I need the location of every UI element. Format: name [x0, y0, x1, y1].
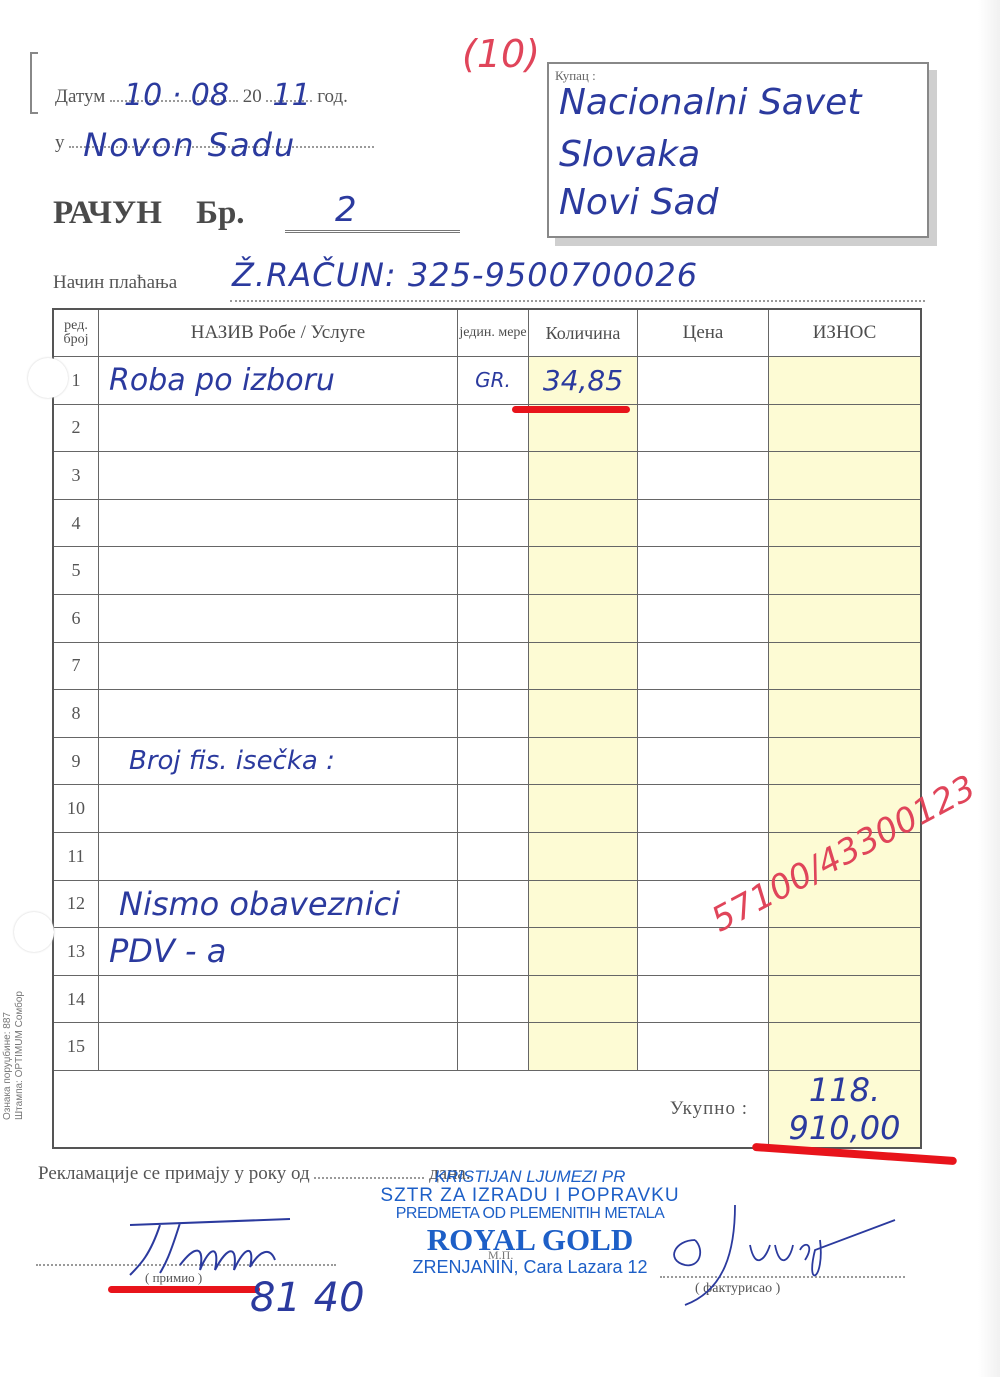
row-unit	[458, 737, 529, 785]
row-number: 13	[53, 928, 99, 976]
table-row: 13PDV - a	[53, 928, 921, 976]
stamp-line-4: ROYAL GOLD	[365, 1223, 695, 1257]
row-price	[638, 452, 769, 500]
row-name: Roba po izboru	[99, 357, 458, 405]
date-label: Датум	[55, 86, 105, 107]
row-price	[638, 737, 769, 785]
row-name	[99, 690, 458, 738]
row-amount	[769, 737, 922, 785]
complaints-text: Рекламације се примају у року од	[38, 1163, 310, 1184]
row-unit	[458, 499, 529, 547]
stamp-line-1: KRISTIJAN LJUMEZI PR	[365, 1168, 695, 1186]
row-qty: 34,85	[529, 357, 638, 405]
row-number: 9	[53, 737, 99, 785]
table-row: 14	[53, 975, 921, 1023]
year-prefix: 20	[243, 86, 262, 107]
row-qty	[529, 785, 638, 833]
table-row: 6	[53, 594, 921, 642]
header-qty: Количина	[529, 309, 638, 357]
year-label: год.	[317, 86, 348, 107]
row-price	[638, 642, 769, 690]
buyer-box: Купац : Nacionalni Savet Slovaka Novi Sa…	[547, 62, 929, 238]
row-number: 6	[53, 594, 99, 642]
margin-line-1: Ознака поруџбине: 887	[2, 991, 14, 1120]
header-amount: ИЗНОС	[769, 309, 922, 357]
qty-red-underline	[512, 406, 630, 413]
row-number: 3	[53, 452, 99, 500]
table-row: 9Broj fis. isečka :	[53, 737, 921, 785]
row-qty	[529, 832, 638, 880]
row-qty	[529, 1023, 638, 1071]
invoice-number-underline	[285, 230, 460, 233]
table-row: 8	[53, 690, 921, 738]
row-name: Broj fis. isečka :	[99, 737, 458, 785]
row-price	[638, 404, 769, 452]
circled-annotation: (10)	[462, 32, 540, 76]
items-table: ред. број НАЗИВ Робе / Услуге једин. мер…	[52, 308, 922, 1149]
header-no: ред. број	[53, 309, 99, 357]
row-name	[99, 499, 458, 547]
row-unit	[458, 880, 529, 928]
total-label: Укупно :	[53, 1070, 769, 1148]
table-row: 7	[53, 642, 921, 690]
row-unit	[458, 928, 529, 976]
row-number: 11	[53, 832, 99, 880]
row-name	[99, 642, 458, 690]
row-price	[638, 357, 769, 405]
payment-row: Начин плаћања	[53, 272, 177, 294]
date-line: Датум 10 · 08 20 11 год.	[55, 86, 348, 108]
table-row: 15	[53, 1023, 921, 1071]
row-unit	[458, 690, 529, 738]
row-name: Nismo obaveznici	[99, 880, 458, 928]
place-value: Novon Sadu	[83, 126, 296, 164]
row-unit	[458, 452, 529, 500]
header-unit: једин. мере	[458, 309, 529, 357]
year-value: 11	[272, 78, 310, 113]
stamp-line-5: ZRENJANIN, Cara Lazara 12	[365, 1257, 695, 1277]
row-price	[638, 785, 769, 833]
row-price	[638, 1023, 769, 1071]
place-prefix: у	[55, 132, 65, 153]
stamp-line-3: PREDMETA OD PLEMENITIH METALA	[365, 1205, 695, 1223]
row-amount	[769, 975, 922, 1023]
invoice-title: РАЧУН	[53, 195, 162, 231]
row-amount	[769, 690, 922, 738]
row-unit	[458, 975, 529, 1023]
row-unit	[458, 642, 529, 690]
row-number: 7	[53, 642, 99, 690]
hole-punch-bottom	[14, 912, 54, 952]
row-amount	[769, 928, 922, 976]
row-price	[638, 594, 769, 642]
row-name: PDV - a	[99, 928, 458, 976]
row-qty	[529, 975, 638, 1023]
payment-dotted-line	[230, 300, 925, 302]
date-day-month: 10 · 08	[124, 78, 229, 113]
row-number: 12	[53, 880, 99, 928]
bracket-mark	[30, 52, 38, 114]
row-amount	[769, 594, 922, 642]
row-qty	[529, 594, 638, 642]
row-amount	[769, 357, 922, 405]
row-price	[638, 690, 769, 738]
row-price	[638, 832, 769, 880]
buyer-line-2: Slovaka	[559, 134, 700, 175]
row-number: 10	[53, 785, 99, 833]
row-price	[638, 975, 769, 1023]
row-qty	[529, 880, 638, 928]
row-amount	[769, 452, 922, 500]
buyer-line-3: Novi Sad	[559, 182, 718, 223]
row-amount	[769, 547, 922, 595]
row-name	[99, 975, 458, 1023]
row-name	[99, 404, 458, 452]
payment-label: Начин плаћања	[53, 272, 177, 293]
row-qty	[529, 547, 638, 595]
row-unit	[458, 785, 529, 833]
mp-label: М.П.	[488, 1248, 513, 1263]
row-unit	[458, 1023, 529, 1071]
row-unit	[458, 832, 529, 880]
payment-value: Ž.RAČUN: 325-9500700026	[232, 256, 698, 294]
row-number: 15	[53, 1023, 99, 1071]
row-price	[638, 547, 769, 595]
row-name	[99, 785, 458, 833]
row-qty	[529, 737, 638, 785]
table-row: 5	[53, 547, 921, 595]
handwritten-number: 81 40	[250, 1275, 365, 1321]
table-row: 3	[53, 452, 921, 500]
header-name: НАЗИВ Робе / Услуге	[99, 309, 458, 357]
scan-edge	[978, 0, 1000, 1377]
row-qty	[529, 690, 638, 738]
row-amount	[769, 642, 922, 690]
margin-line-2: Штампа: OPTIMUM Сомбор	[14, 991, 26, 1120]
total-row: Укупно : 118. 910,00	[53, 1070, 921, 1148]
row-number: 14	[53, 975, 99, 1023]
table-row: 4	[53, 499, 921, 547]
row-qty	[529, 928, 638, 976]
row-qty	[529, 642, 638, 690]
row-unit	[458, 594, 529, 642]
row-name	[99, 594, 458, 642]
row-qty	[529, 499, 638, 547]
table-row: 2	[53, 404, 921, 452]
invoice-number-value: 2	[335, 190, 357, 230]
table-header-row: ред. број НАЗИВ Робе / Услуге једин. мер…	[53, 309, 921, 357]
row-number: 2	[53, 404, 99, 452]
row-number: 4	[53, 499, 99, 547]
row-qty	[529, 452, 638, 500]
row-unit: GR.	[458, 357, 529, 405]
table-row: 1Roba po izboruGR.34,85	[53, 357, 921, 405]
row-amount	[769, 1023, 922, 1071]
received-red-underline	[108, 1286, 260, 1293]
buyer-line-1: Nacionalni Savet	[559, 82, 861, 123]
row-number: 5	[53, 547, 99, 595]
row-name	[99, 1023, 458, 1071]
row-amount	[769, 499, 922, 547]
row-name	[99, 547, 458, 595]
header-price: Цена	[638, 309, 769, 357]
row-price	[638, 928, 769, 976]
hole-punch-top	[28, 358, 68, 398]
row-unit	[458, 547, 529, 595]
row-name	[99, 832, 458, 880]
stamp-line-2: SZTR ZA IZRADU I POPRAVKU	[365, 1186, 695, 1205]
total-value: 118. 910,00	[769, 1070, 922, 1148]
margin-print-info: Ознака поруџбине: 887 Штампа: OPTIMUM Со…	[2, 991, 26, 1120]
row-price	[638, 499, 769, 547]
table-row: 10	[53, 785, 921, 833]
row-amount	[769, 404, 922, 452]
invoice-number-label: Бр.	[196, 195, 244, 231]
row-number: 8	[53, 690, 99, 738]
place-line: у Novon Sadu	[55, 132, 374, 154]
row-name	[99, 452, 458, 500]
received-signature	[110, 1205, 300, 1280]
company-stamp: KRISTIJAN LJUMEZI PR SZTR ZA IZRADU I PO…	[365, 1168, 695, 1277]
invoice-title-row: РАЧУН Бр.	[53, 195, 245, 232]
